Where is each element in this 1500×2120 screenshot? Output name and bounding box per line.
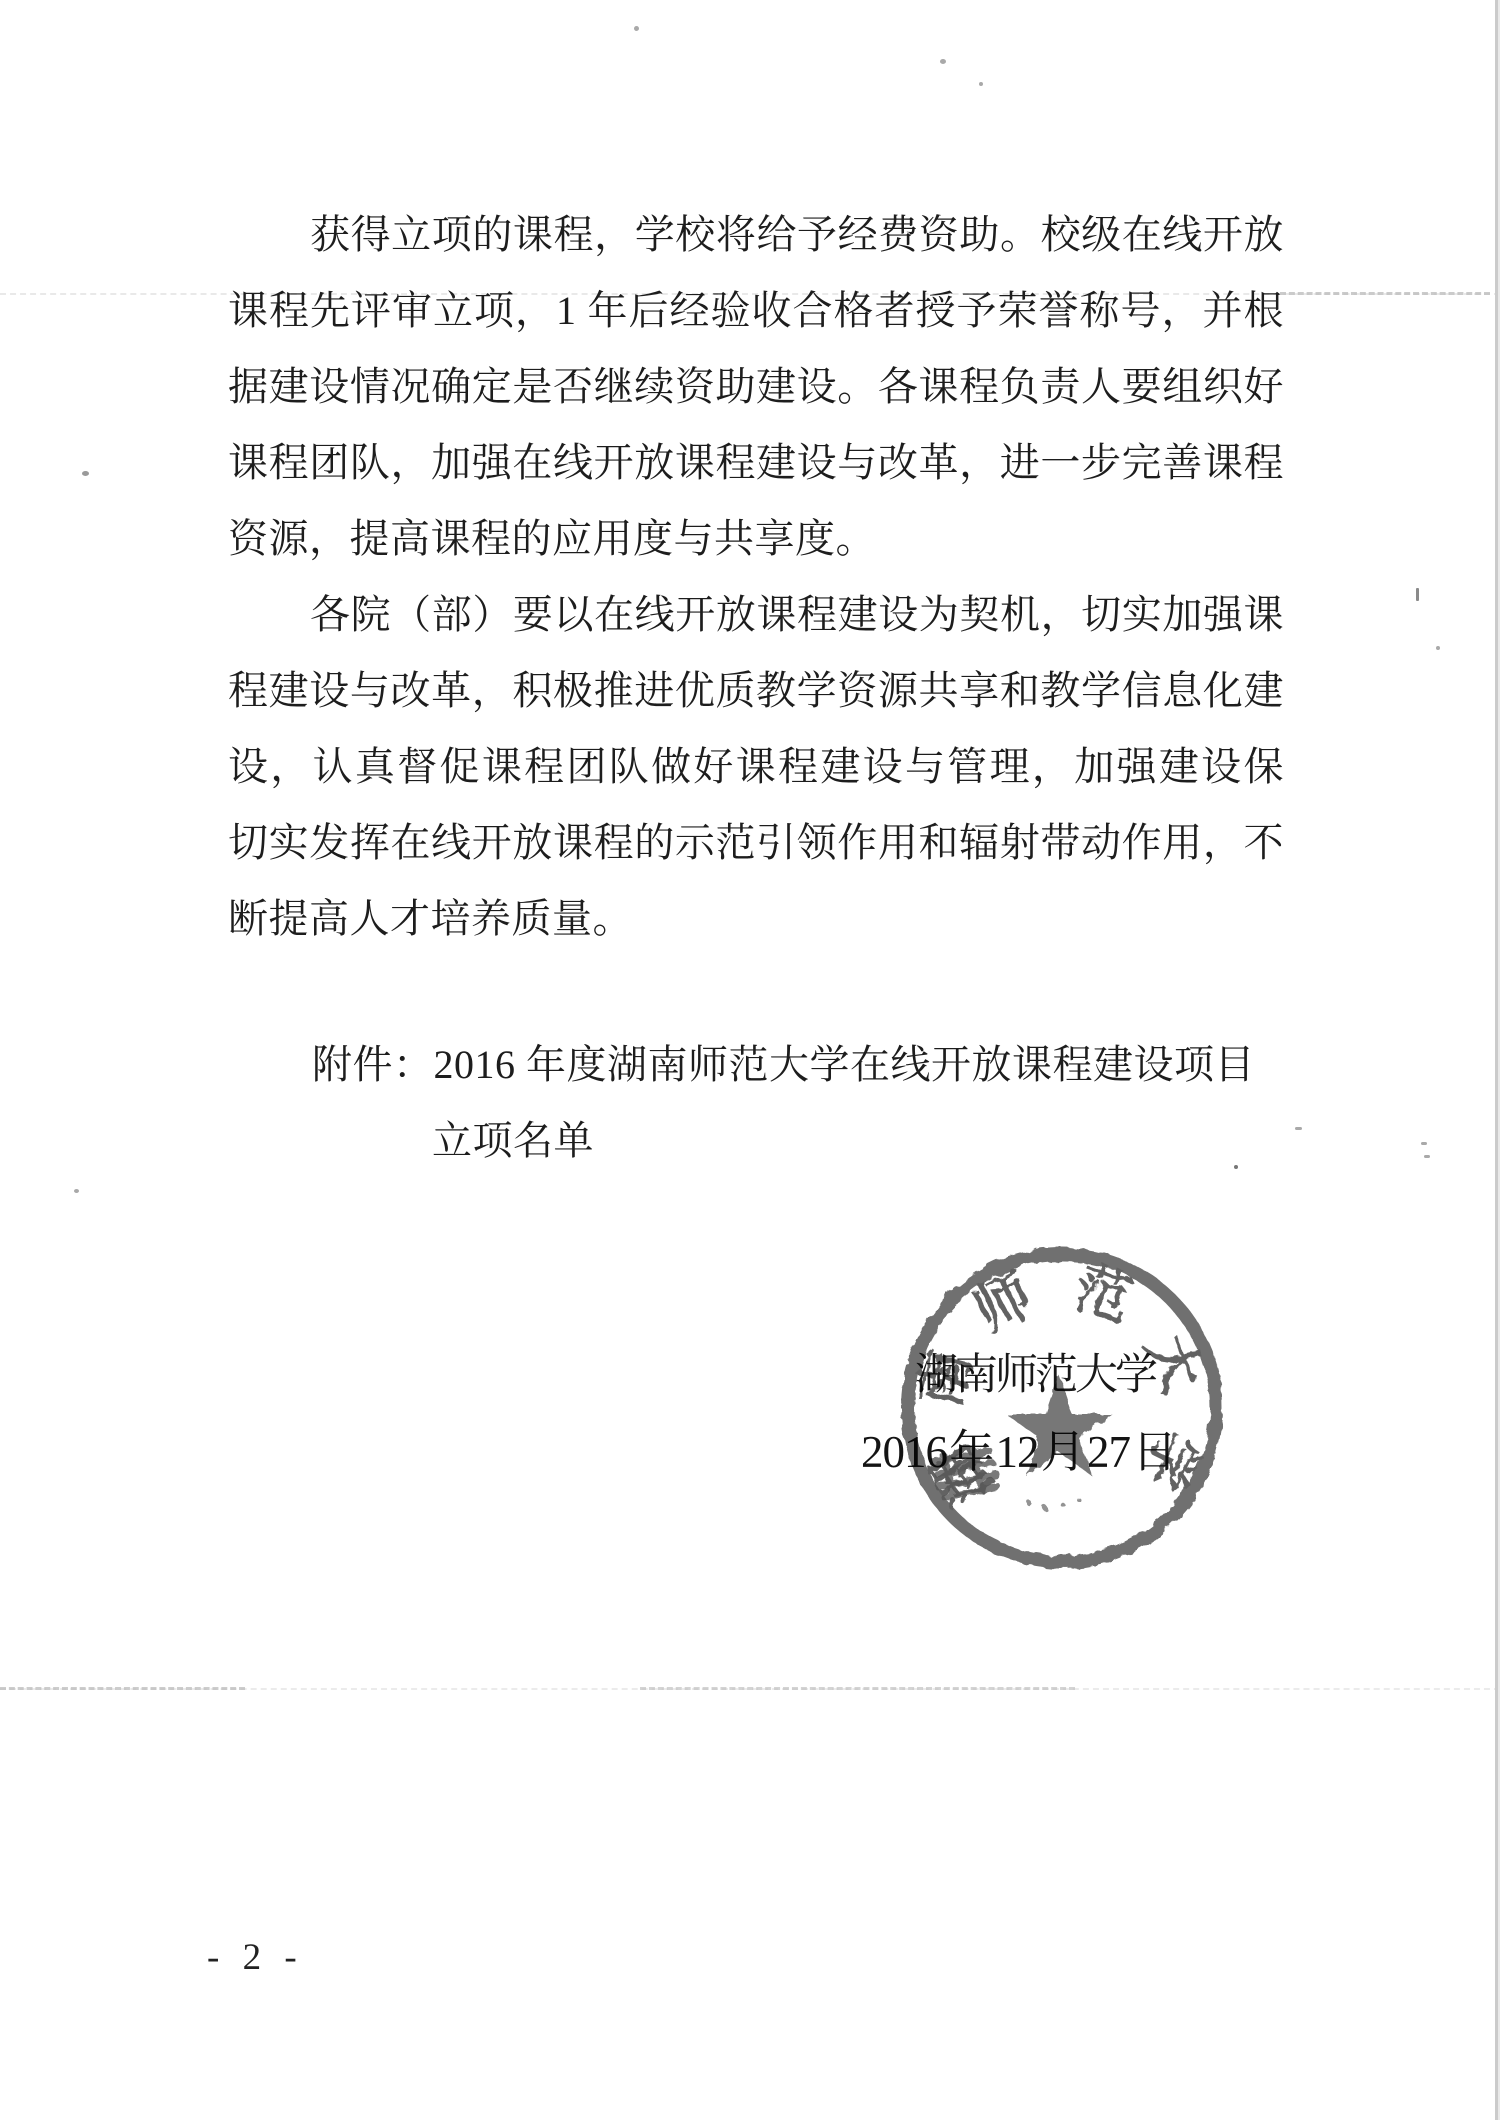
scan-artifact-line xyxy=(1280,292,1490,295)
attachment-line-2: 立项名单 xyxy=(228,1103,1328,1179)
scan-speck xyxy=(1416,588,1419,601)
scan-speck xyxy=(940,59,946,64)
attachment-line-1: 附件：2016 年度湖南师范大学在线开放课程建设项目 xyxy=(228,1027,1328,1103)
scan-speck xyxy=(979,82,983,86)
text-line: 据建设情况确定是否继续资助建设。各课程负责人要组织好 xyxy=(228,349,1284,425)
seal-arc-char: 南 xyxy=(909,1344,983,1413)
text-line: 各院（部）要以在线开放课程建设为契机，切实加强课 xyxy=(228,577,1284,653)
text-line: 断提高人才培养质量。 xyxy=(228,881,1284,957)
text-line: 获得立项的课程，学校将给予经费资助。校级在线开放 xyxy=(228,197,1284,273)
text-line: 切实发挥在线开放课程的示范引领作用和辐射带动作用，不 xyxy=(228,805,1284,881)
scanned-document-page: 获得立项的课程，学校将给予经费资助。校级在线开放 课程先评审立项，1 年后经验收… xyxy=(0,0,1500,2120)
scan-speck xyxy=(634,26,639,31)
page-edge-shadow xyxy=(1495,0,1498,2120)
scan-artifact-line xyxy=(640,1687,1075,1690)
text-line: 程建设与改革，积极推进优质教学资源共享和教学信息化建 xyxy=(228,653,1284,729)
text-line: 课程先评审立项，1 年后经验收合格者授予荣誉称号，并根 xyxy=(228,273,1284,349)
text-line: 资源，提高课程的应用度与共享度。 xyxy=(228,501,1284,577)
scan-speck xyxy=(1436,646,1440,650)
university-seal-stamp: 湖 南 师 范 大 学 xyxy=(870,1220,1250,1600)
scan-speck xyxy=(1421,1142,1427,1145)
attachment-block: 附件：2016 年度湖南师范大学在线开放课程建设项目 立项名单 xyxy=(228,1027,1328,1179)
seal-dot-speckle xyxy=(1025,1498,1081,1511)
scan-speck xyxy=(74,1189,79,1193)
seal-star-icon xyxy=(1006,1375,1112,1476)
text-line: 课程团队，加强在线开放课程建设与改革，进一步完善课程 xyxy=(228,425,1284,501)
page-number: - 2 - xyxy=(207,1936,304,1979)
document-body: 获得立项的课程，学校将给予经费资助。校级在线开放 课程先评审立项，1 年后经验收… xyxy=(228,197,1284,957)
scan-artifact-line xyxy=(0,1687,245,1690)
text-line: 设，认真督促课程团队做好课程建设与管理，加强建设保障， xyxy=(228,729,1284,805)
scan-speck xyxy=(1424,1155,1430,1158)
scan-speck xyxy=(82,471,89,476)
